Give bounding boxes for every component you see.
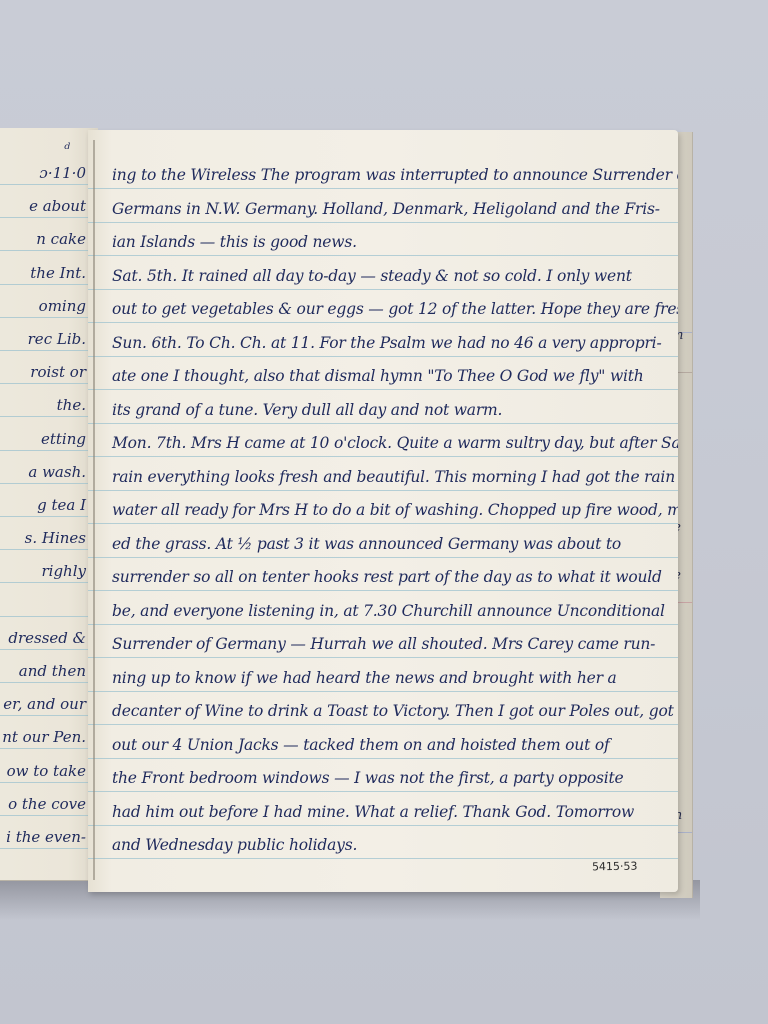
ruled-line — [88, 557, 678, 558]
left-page-fragment: n cake — [36, 230, 86, 248]
ruled-line — [0, 450, 98, 451]
left-page-fragment: rec Lib. — [28, 330, 86, 348]
ruled-line — [88, 657, 678, 658]
notebook-spine — [93, 140, 95, 880]
ruled-line — [88, 624, 678, 625]
diary-line: Sun. 6th. To Ch. Ch. at 11. For the Psal… — [112, 334, 666, 352]
ruled-line — [0, 350, 98, 351]
ruled-line — [88, 255, 678, 256]
left-page-fragment: s. Hines — [25, 529, 86, 547]
diary-line: out our 4 Union Jacks — tacked them on a… — [112, 736, 666, 754]
ruled-line — [88, 222, 678, 223]
ruled-line — [88, 758, 678, 759]
diary-line: Surrender of Germany — Hurrah we all sho… — [112, 635, 666, 653]
ruled-line — [88, 523, 678, 524]
ruled-line — [88, 490, 678, 491]
ruled-line — [88, 892, 678, 893]
ruled-line — [0, 782, 98, 783]
right-page: ing to the Wireless The program was inte… — [88, 130, 678, 892]
left-page-fragment: o the cove — [8, 795, 86, 813]
ruled-line — [0, 649, 98, 650]
diary-line: ate one I thought, also that dismal hymn… — [112, 367, 666, 385]
ruled-line — [0, 184, 98, 185]
ruled-line — [0, 848, 98, 849]
left-page-fragment: i the even- — [6, 828, 86, 846]
diary-line: be, and everyone listening in, at 7.30 C… — [112, 602, 666, 620]
left-page-fragment: e about — [29, 197, 86, 215]
ruled-line — [88, 791, 678, 792]
left-page-fragment: ow to take — [7, 762, 86, 780]
ruled-line — [0, 317, 98, 318]
ruled-line — [88, 389, 678, 390]
ruled-line — [88, 858, 678, 859]
left-page-fragment: g tea I — [37, 496, 86, 514]
left-page-fragment: the Int. — [30, 264, 86, 282]
left-page-fragment: etting — [41, 430, 86, 448]
ruled-line — [0, 715, 98, 716]
diary-line: rain everything looks fresh and beautifu… — [112, 468, 666, 486]
left-page-fragment: ɔ·11·0 — [39, 164, 86, 182]
left-page-fragment: a wash. — [28, 463, 86, 481]
ruled-line — [88, 322, 678, 323]
ruled-line — [0, 616, 98, 617]
diary-line: ian Islands — this is good news. — [112, 233, 666, 251]
diary-line: Mon. 7th. Mrs H came at 10 o'clock. Quit… — [112, 434, 666, 452]
ruled-line — [88, 456, 678, 457]
ruled-line — [88, 188, 678, 189]
ruled-line — [0, 250, 98, 251]
ruled-line — [0, 483, 98, 484]
diary-line: and Wednesday public holidays. — [112, 836, 666, 854]
ruled-line — [0, 383, 98, 384]
ruled-line — [88, 423, 678, 424]
diary-line: its grand of a tune. Very dull all day a… — [112, 401, 666, 419]
ruled-line — [88, 724, 678, 725]
ruled-line — [0, 815, 98, 816]
left-page: ᵈɔ·11·0e aboutn cakethe Int.omingrec Lib… — [0, 128, 98, 881]
diary-line: ed the grass. At ½ past 3 it was announc… — [112, 535, 666, 553]
catalog-number: 5415·53 — [592, 860, 638, 874]
ruled-line — [88, 356, 678, 357]
ruled-line — [88, 289, 678, 290]
ruled-line — [0, 416, 98, 417]
diary-line: out to get vegetables & our eggs — got 1… — [112, 300, 666, 318]
left-page-fragment: dressed & — [8, 629, 86, 647]
ruled-line — [88, 825, 678, 826]
ruled-line — [0, 748, 98, 749]
left-page-fragment: roist or — [30, 363, 86, 381]
diary-line: surrender so all on tenter hooks rest pa… — [112, 568, 666, 586]
ruled-line — [0, 284, 98, 285]
ruled-line — [0, 549, 98, 550]
left-page-fragment: oming — [39, 297, 86, 315]
left-page-fragment: and then — [19, 662, 86, 680]
ruled-line — [88, 590, 678, 591]
diary-line: had him out before I had mine. What a re… — [112, 803, 666, 821]
ruled-line — [88, 691, 678, 692]
left-page-fragment: er, and our — [3, 695, 86, 713]
ruled-line — [0, 682, 98, 683]
diary-line: the Front bedroom windows — I was not th… — [112, 769, 666, 787]
diary-line: Germans in N.W. Germany. Holland, Denmar… — [112, 200, 666, 218]
ruled-line — [0, 516, 98, 517]
ruled-line — [0, 582, 98, 583]
diary-line: decanter of Wine to drink a Toast to Vic… — [112, 702, 666, 720]
diary-line: ning up to know if we had heard the news… — [112, 669, 666, 687]
superscript-mark: ᵈ — [64, 140, 70, 158]
diary-line: ing to the Wireless The program was inte… — [112, 166, 666, 184]
diary-line: Sat. 5th. It rained all day to-day — ste… — [112, 267, 666, 285]
ruled-line — [0, 217, 98, 218]
diary-line: water all ready for Mrs H to do a bit of… — [112, 501, 666, 519]
left-page-fragment: nt our Pen. — [2, 728, 86, 746]
left-page-fragment: the. — [57, 396, 86, 414]
left-page-fragment: righly — [41, 562, 86, 580]
